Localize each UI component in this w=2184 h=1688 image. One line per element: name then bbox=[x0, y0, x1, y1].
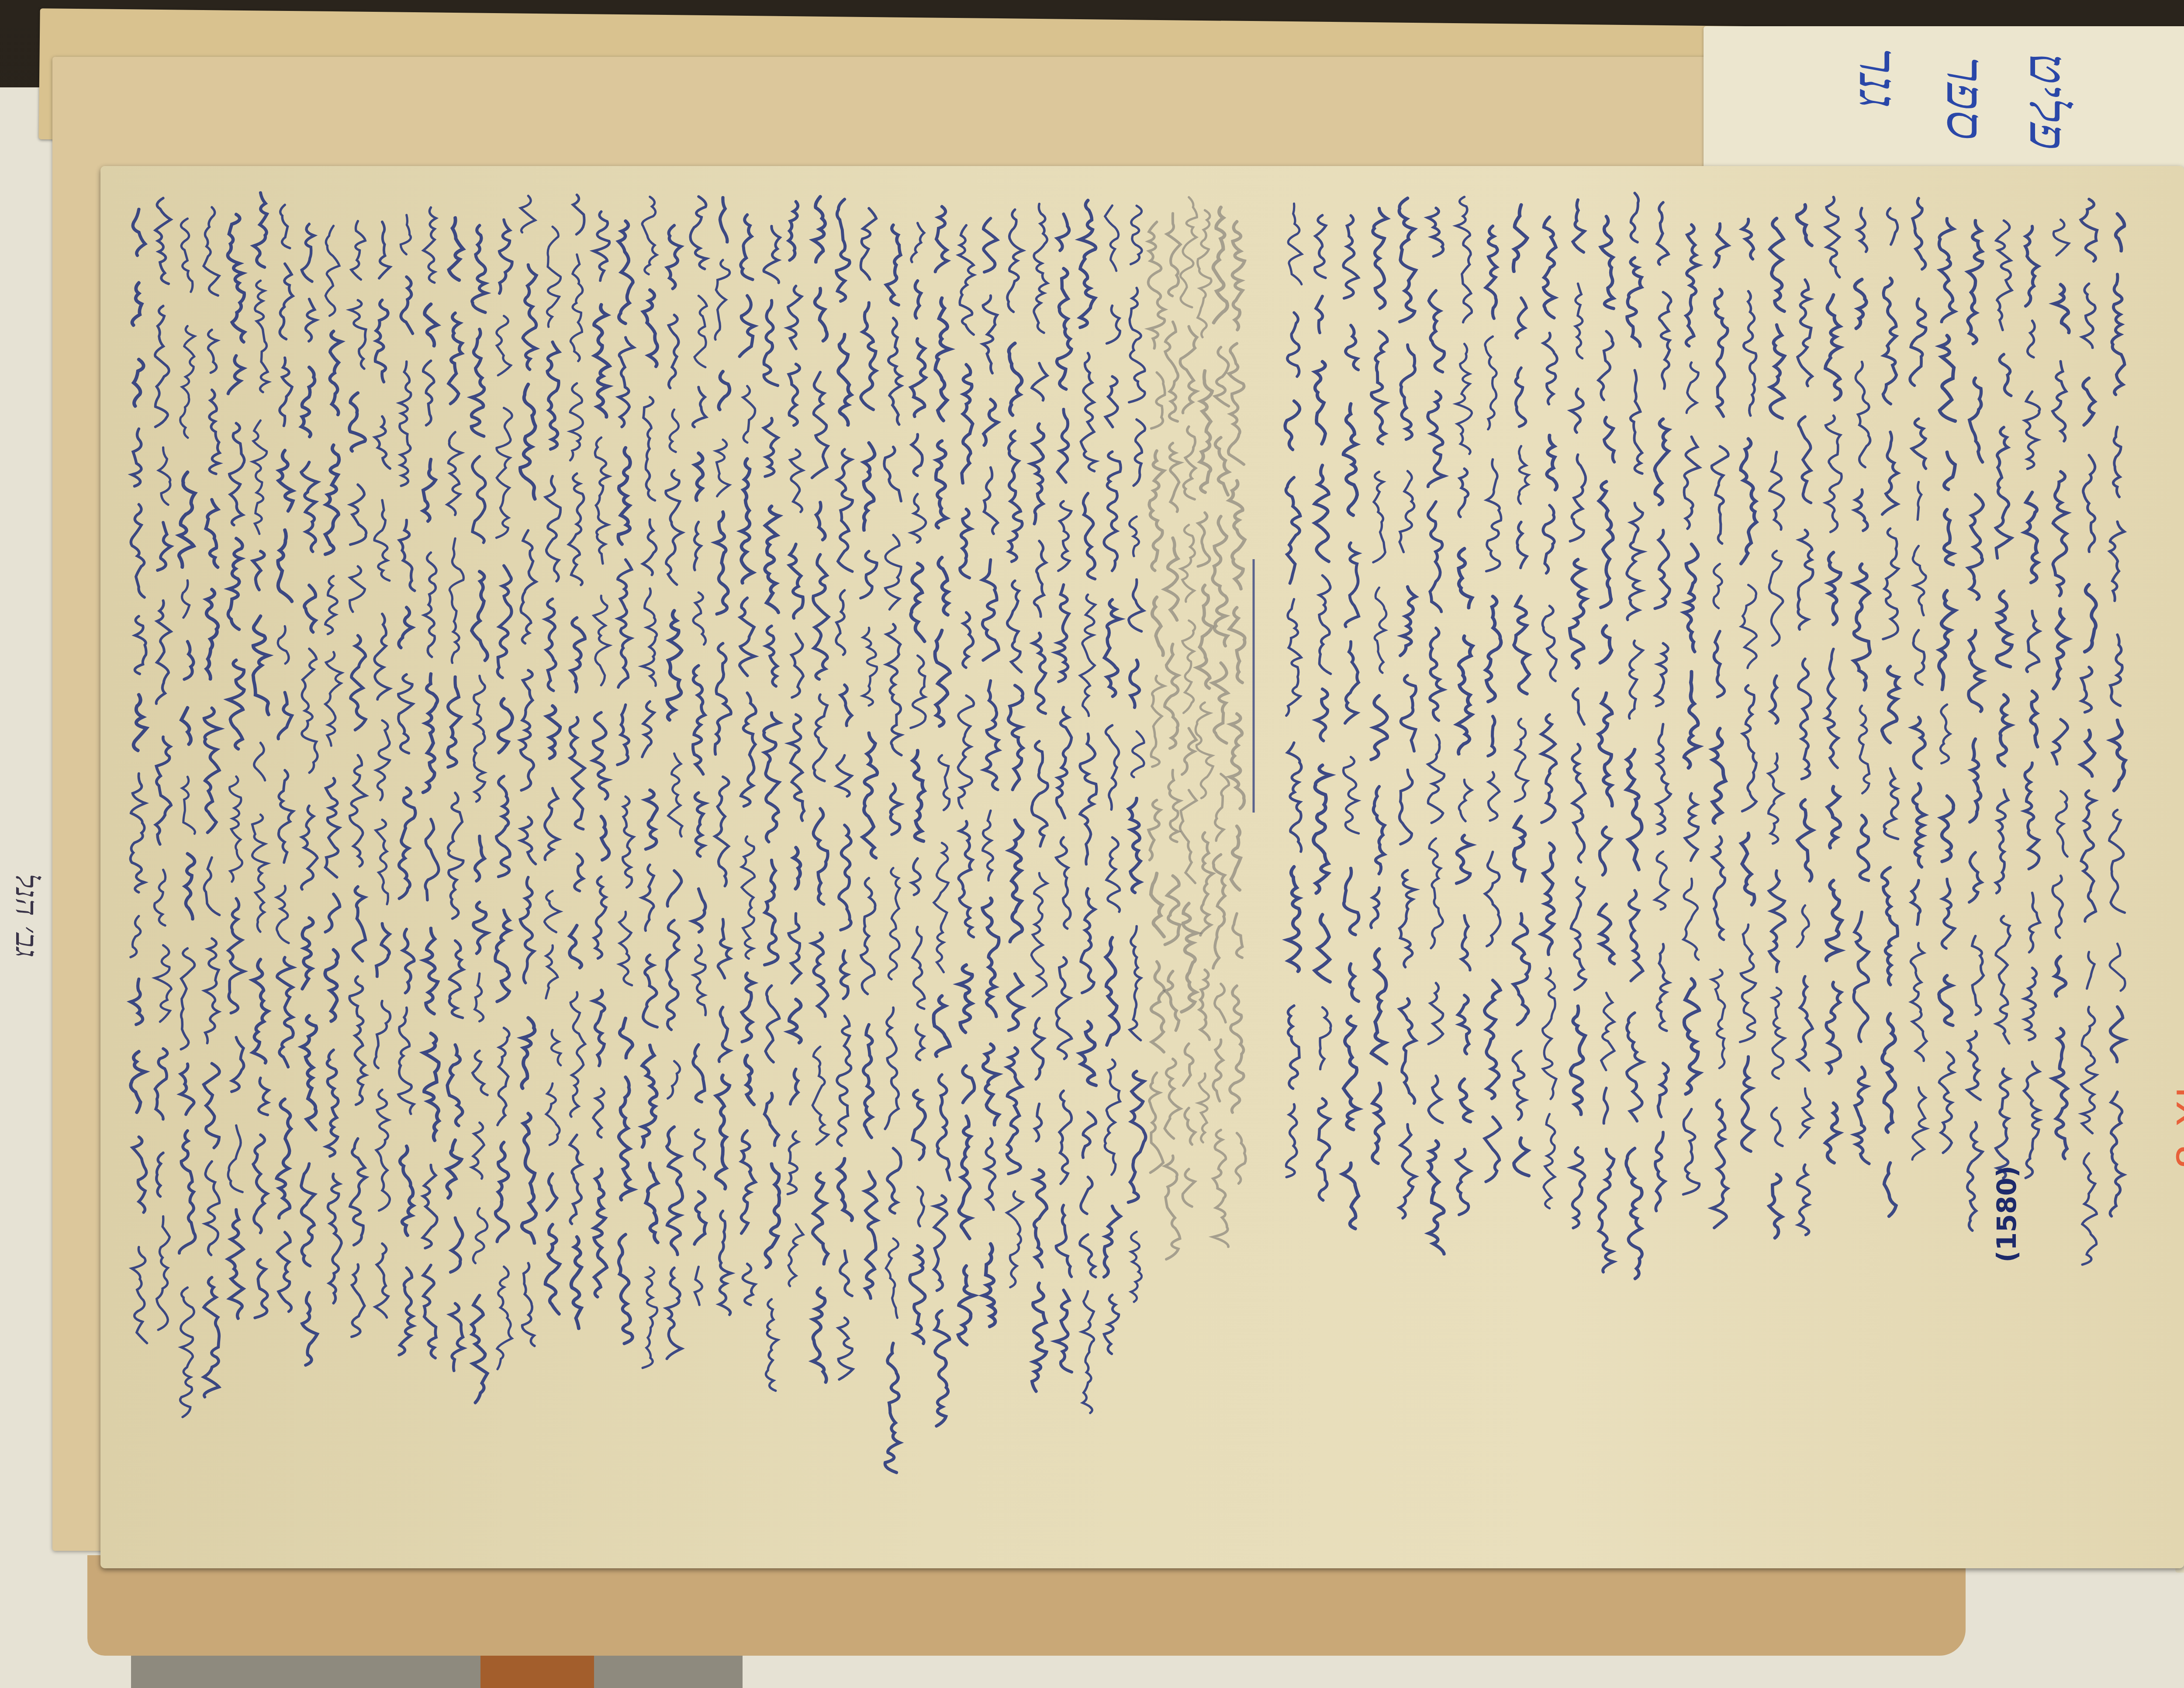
main-manuscript-page bbox=[100, 166, 2184, 1568]
numeral-annotation: (1580) bbox=[1992, 1175, 2027, 1263]
left-edge-fragment: גב׳ הנל bbox=[9, 874, 45, 958]
side-fragment-2: ספר bbox=[1935, 57, 1996, 140]
handwriting-lines bbox=[100, 166, 2184, 1568]
side-fragment-3: פליט bbox=[2018, 52, 2079, 150]
bottom-stained-edge bbox=[87, 1555, 1966, 1656]
date-stamp: 8 XI 1950 bbox=[2162, 1048, 2184, 1206]
side-fragment-1: גנר bbox=[1848, 48, 1908, 108]
